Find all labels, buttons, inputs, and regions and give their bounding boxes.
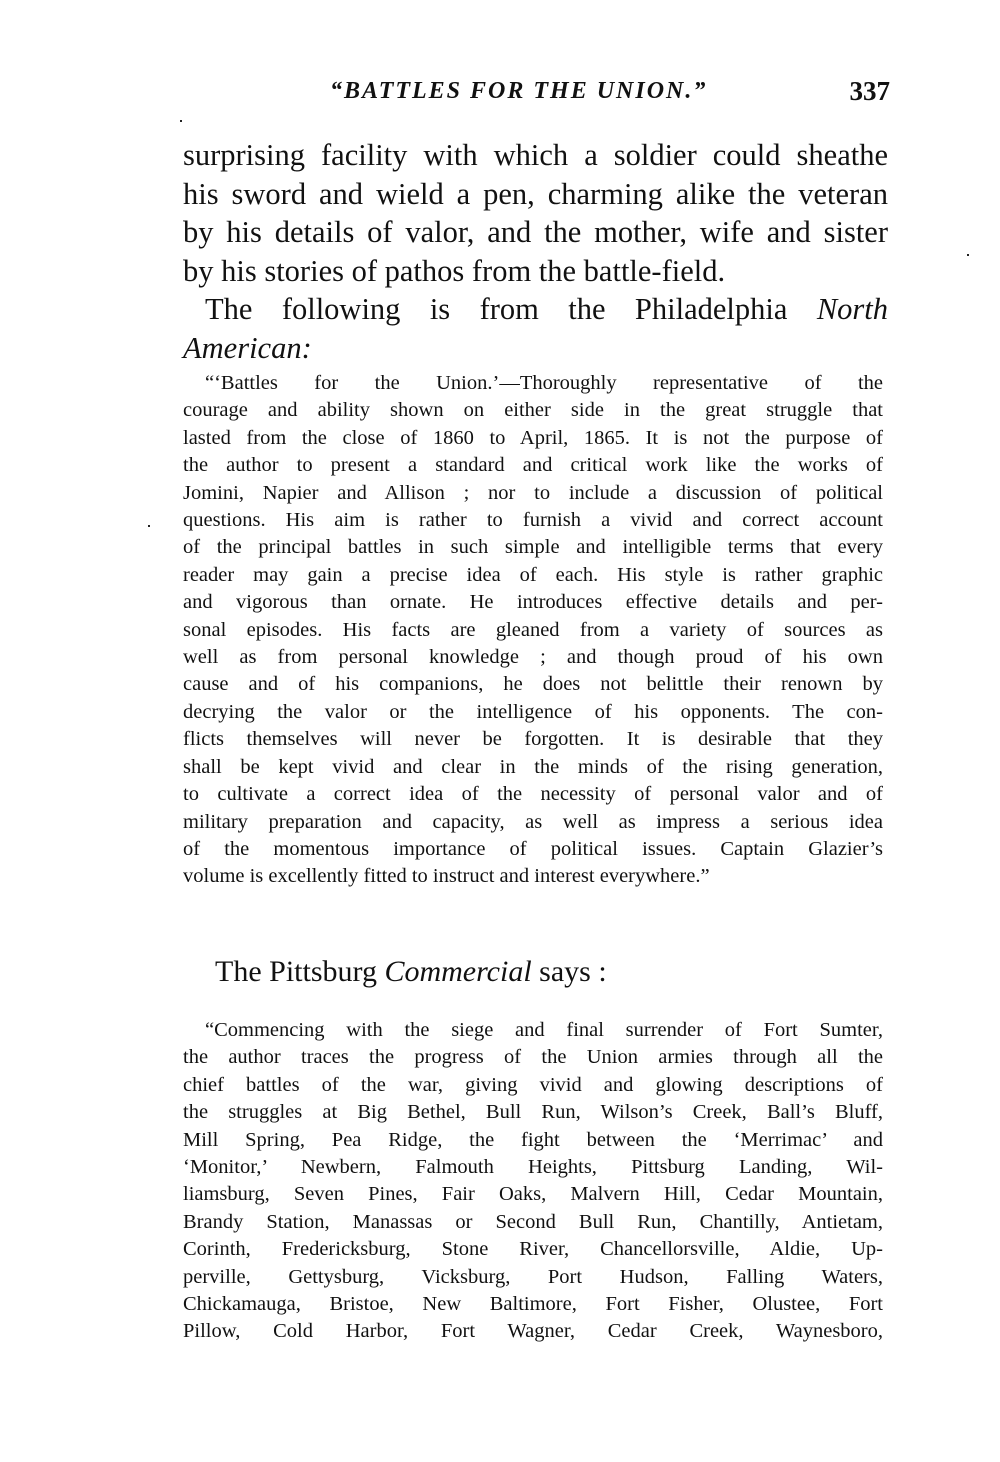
source1-colon: : xyxy=(302,331,312,365)
quote-line: Brandy Station, Manassas or Second Bull … xyxy=(183,1209,883,1236)
scan-speck xyxy=(180,120,182,122)
source2-lead: The Pittsburg xyxy=(215,955,377,988)
quote-line: well as from personal knowledge ; and th… xyxy=(183,644,883,671)
running-header: “BATTLES FOR THE UNION.” 337 xyxy=(330,78,890,118)
quote-line: perville, Gettysburg, Vicksburg, Port Hu… xyxy=(183,1264,883,1291)
quote-line: volume is excellently fitted to instruct… xyxy=(183,863,883,890)
intro-line: his sword and wield a pen, charming alik… xyxy=(183,175,888,214)
quote-line: “‘Battles for the Union.’—Thoroughly rep… xyxy=(183,370,883,397)
quote-line: the struggles at Big Bethel, Bull Run, W… xyxy=(183,1099,883,1126)
source1-publication-part2: American xyxy=(183,331,302,365)
quote-line: Pillow, Cold Harbor, Fort Wagner, Cedar … xyxy=(183,1318,883,1345)
quote-line: cause and of his companions, he does not… xyxy=(183,671,883,698)
quote-line: shall be kept vivid and clear in the min… xyxy=(183,754,883,781)
quote-line: questions. His aim is rather to furnish … xyxy=(183,507,883,534)
source2-publication: Commercial xyxy=(384,955,531,988)
intro-paragraph-block: surprising facility with which a soldier… xyxy=(183,136,888,367)
quote-line: decrying the valor or the intelligence o… xyxy=(183,699,883,726)
quote-line: to cultivate a correct idea of the neces… xyxy=(183,781,883,808)
quote-line: liamsburg, Seven Pines, Fair Oaks, Malve… xyxy=(183,1181,883,1208)
book-page: “BATTLES FOR THE UNION.” 337 surprising … xyxy=(0,0,1000,1462)
quote-line: “Commencing with the siege and final sur… xyxy=(183,1017,883,1044)
source1-publication-line: American: xyxy=(183,329,888,368)
pittsburg-source-heading: The Pittsburg Commercial says : xyxy=(215,955,607,989)
philadelphia-quote: “‘Battles for the Union.’—Thoroughly rep… xyxy=(183,370,883,891)
page-number: 337 xyxy=(850,76,891,107)
intro-line: by his details of valor, and the mother,… xyxy=(183,213,888,252)
quote-line: of the principal battles in such simple … xyxy=(183,534,883,561)
quote-line: Chickamauga, Bristoe, New Baltimore, For… xyxy=(183,1291,883,1318)
quote-line: the author traces the progress of the Un… xyxy=(183,1044,883,1071)
quote-line: courage and ability shown on either side… xyxy=(183,397,883,424)
scan-speck xyxy=(148,525,150,527)
quote-line: reader may gain a precise idea of each. … xyxy=(183,562,883,589)
quote-line: Jomini, Napier and Allison ; nor to incl… xyxy=(183,480,883,507)
running-title: “BATTLES FOR THE UNION.” xyxy=(330,78,707,105)
quote-line: lasted from the close of 1860 to April, … xyxy=(183,425,883,452)
quote-line: of the momentous importance of political… xyxy=(183,836,883,863)
quote-line: flicts themselves will never be forgotte… xyxy=(183,726,883,753)
quote-line: Mill Spring, Pea Ridge, the fight betwee… xyxy=(183,1127,883,1154)
quote-line: military preparation and capacity, as we… xyxy=(183,809,883,836)
quote-line: the author to present a standard and cri… xyxy=(183,452,883,479)
source1-lead-line: The following is from the Philadelphia N… xyxy=(183,290,888,329)
source1-lead: The following is from the Philadelphia xyxy=(205,292,787,326)
intro-line: by his stories of pathos from the battle… xyxy=(183,252,888,291)
pittsburg-quote: “Commencing with the siege and final sur… xyxy=(183,1017,883,1346)
quote-line: and vigorous than ornate. He introduces … xyxy=(183,589,883,616)
scan-speck xyxy=(967,254,969,256)
quote-line: chief battles of the war, giving vivid a… xyxy=(183,1072,883,1099)
quote-line: sonal episodes. His facts are gleaned fr… xyxy=(183,617,883,644)
source1-publication-part1: North xyxy=(817,292,888,326)
quote-line: Corinth, Fredericksburg, Stone River, Ch… xyxy=(183,1236,883,1263)
source2-trail: says : xyxy=(539,955,607,988)
quote-line: ‘Monitor,’ Newbern, Falmouth Heights, Pi… xyxy=(183,1154,883,1181)
intro-line: surprising facility with which a soldier… xyxy=(183,136,888,175)
